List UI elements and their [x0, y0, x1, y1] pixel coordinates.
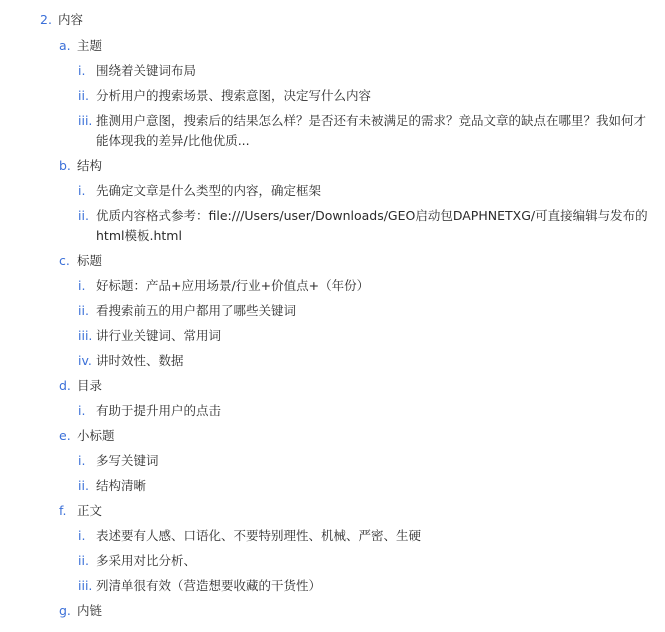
list-marker: f. [59, 501, 77, 521]
subsection-title: 目录 [77, 376, 665, 396]
list-item-level3: ii. 优质内容格式参考：file:///Users/user/Download… [78, 206, 665, 246]
section-title: 内容 [58, 10, 665, 30]
list-item-text: 分析用户的搜索场景、搜索意图，决定写什么内容 [96, 86, 665, 106]
list-marker: i. [78, 181, 96, 201]
list-marker: g. [59, 601, 77, 621]
list-item-level3: iii. 推测用户意图，搜索后的结果怎么样？是否还有未被满足的需求？竞品文章的缺… [78, 111, 665, 151]
list-item-text: 讲时效性、数据 [96, 351, 665, 371]
subsection-title: 小标题 [77, 426, 665, 446]
list-item-level3: iv. 讲时效性、数据 [78, 351, 665, 371]
list-item-text: 有助于提升用户的点击 [96, 401, 665, 421]
list-marker: d. [59, 376, 77, 396]
list-item-level3: i. 围绕着关键词布局 [78, 61, 665, 81]
subsection-title: 标题 [77, 251, 665, 271]
list-marker: ii. [78, 86, 96, 106]
list-item-level2: a. 主题 [59, 36, 665, 56]
list-item-level3: i. 多写关键词 [78, 451, 665, 471]
list-item-level3: iii. 讲行业关键词、常用词 [78, 326, 665, 346]
list-item-text: 表述要有人感、口语化、不要特别理性、机械、严密、生硬 [96, 526, 665, 546]
list-item-level3: iii. 列清单很有效（营造想要收藏的干货性） [78, 576, 665, 596]
list-marker: iv. [78, 351, 96, 371]
list-item-text: 好标题：产品+应用场景/行业+价值点+（年份） [96, 276, 665, 296]
list-item-text: 围绕着关键词布局 [96, 61, 665, 81]
list-marker: ii. [78, 301, 96, 321]
list-item-text: 多采用对比分析、 [96, 551, 665, 571]
list-item-text: 推测用户意图，搜索后的结果怎么样？是否还有未被满足的需求？竞品文章的缺点在哪里？… [96, 111, 665, 151]
list-item-text: 多写关键词 [96, 451, 665, 471]
list-marker: ii. [78, 206, 96, 226]
list-marker: i. [78, 526, 96, 546]
list-item-level2: b. 结构 [59, 156, 665, 176]
list-item-level3: ii. 分析用户的搜索场景、搜索意图，决定写什么内容 [78, 86, 665, 106]
list-item-level3: i. 有助于提升用户的点击 [78, 401, 665, 421]
list-item-level1: 2. 内容 [40, 10, 665, 30]
list-marker: iii. [78, 576, 96, 596]
subsection-title: 主题 [77, 36, 665, 56]
list-item-text: 看搜索前五的用户都用了哪些关键词 [96, 301, 665, 321]
list-item-level3: ii. 结构清晰 [78, 476, 665, 496]
subsection-title: 内链 [77, 601, 665, 621]
list-item-level3: i. 好标题：产品+应用场景/行业+价值点+（年份） [78, 276, 665, 296]
list-item-text: 讲行业关键词、常用词 [96, 326, 665, 346]
list-marker: 2. [40, 10, 58, 30]
list-marker: c. [59, 251, 77, 271]
list-marker: e. [59, 426, 77, 446]
list-item-level2: f. 正文 [59, 501, 665, 521]
list-item-text-with-link[interactable]: 优质内容格式参考：file:///Users/user/Downloads/GE… [96, 206, 665, 246]
list-item-level2: c. 标题 [59, 251, 665, 271]
subsection-title: 正文 [77, 501, 665, 521]
list-marker: i. [78, 401, 96, 421]
list-marker: b. [59, 156, 77, 176]
list-item-level2: g. 内链 [59, 601, 665, 621]
list-item-level3: ii. 看搜索前五的用户都用了哪些关键词 [78, 301, 665, 321]
list-item-text: 结构清晰 [96, 476, 665, 496]
list-marker: ii. [78, 551, 96, 571]
list-marker: i. [78, 451, 96, 471]
list-marker: ii. [78, 476, 96, 496]
document-outline: 2. 内容 a. 主题 i. 围绕着关键词布局 ii. 分析用户的搜索场景、搜索… [0, 0, 665, 621]
subsection-title: 结构 [77, 156, 665, 176]
list-marker: a. [59, 36, 77, 56]
list-marker: i. [78, 276, 96, 296]
list-item-level3: ii. 多采用对比分析、 [78, 551, 665, 571]
list-item-level3: i. 先确定文章是什么类型的内容，确定框架 [78, 181, 665, 201]
list-marker: iii. [78, 111, 96, 131]
list-item-level3: i. 表述要有人感、口语化、不要特别理性、机械、严密、生硬 [78, 526, 665, 546]
list-item-level2: e. 小标题 [59, 426, 665, 446]
list-marker: iii. [78, 326, 96, 346]
list-marker: i. [78, 61, 96, 81]
list-item-text: 列清单很有效（营造想要收藏的干货性） [96, 576, 665, 596]
list-item-text: 先确定文章是什么类型的内容，确定框架 [96, 181, 665, 201]
list-item-level2: d. 目录 [59, 376, 665, 396]
